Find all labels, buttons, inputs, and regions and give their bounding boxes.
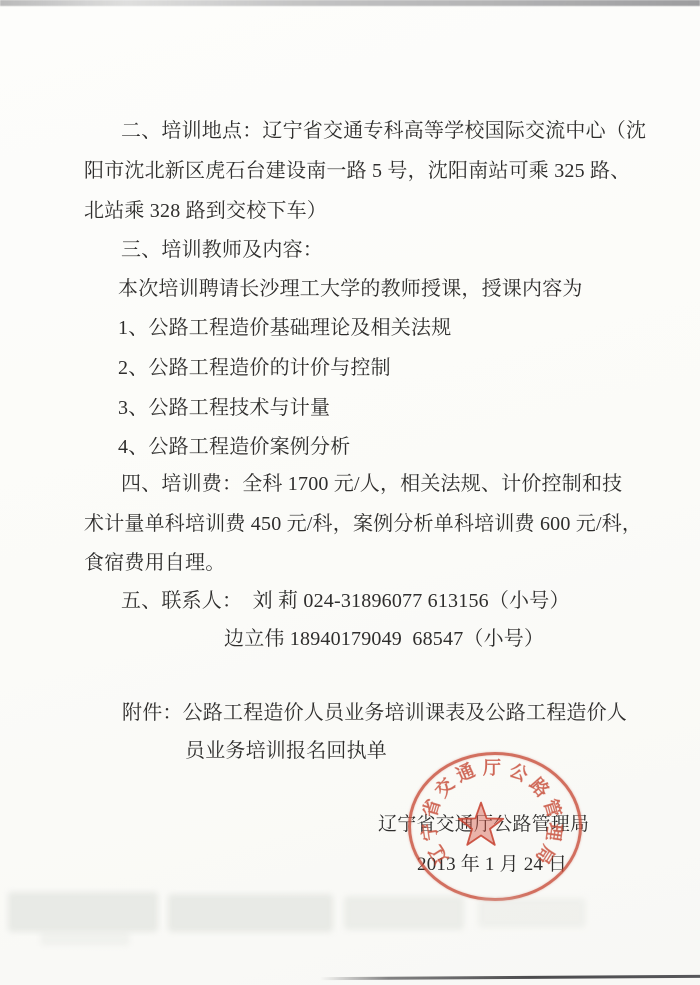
scan-bottom-edge-shadow <box>320 975 700 980</box>
para-location-line1: 二、培训地点：辽宁省交通专科高等学校国际交流中心（沈 <box>121 118 646 144</box>
contact-line-2: 边立伟 18940179049 68547（小号） <box>224 626 544 652</box>
seal-arc-char: 宁 <box>414 821 442 842</box>
course-item-1: 1、公路工程造价基础理论及相关法规 <box>118 315 451 341</box>
seal-arc-char: 理 <box>541 821 569 842</box>
attachment-line-2: 员业务培训报名回执单 <box>185 738 387 764</box>
course-item-2: 2、公路工程造价的计价与控制 <box>118 355 391 381</box>
bleedthrough-artifact <box>40 932 130 946</box>
para-fee-line1: 四、培训费：全科 1700 元/人，相关法规、计价控制和技 <box>121 471 622 497</box>
heading-teachers: 三、培训教师及内容： <box>121 237 323 263</box>
bleedthrough-artifact <box>478 898 586 928</box>
seal-star-icon <box>454 797 508 855</box>
para-fee-line2: 术计量单科培训费 450 元/科，案例分析单科培训费 600 元/科， <box>84 511 642 537</box>
bleedthrough-artifact <box>344 896 464 930</box>
bleedthrough-artifact <box>168 894 333 932</box>
scan-top-edge-shadow <box>0 0 700 6</box>
seal-arc-char: 厅 <box>483 754 501 780</box>
course-item-4: 4、公路工程造价案例分析 <box>118 434 350 460</box>
course-item-3: 3、公路工程技术与计量 <box>118 395 330 421</box>
bleedthrough-artifact <box>8 892 158 932</box>
scanned-document-page: 二、培训地点：辽宁省交通专科高等学校国际交流中心（沈 阳市沈北新区虎石台建设南一… <box>0 0 700 985</box>
para-teachers-intro: 本次培训聘请长沙理工大学的教师授课，授课内容为 <box>118 276 583 302</box>
attachment-line-1: 附件：公路工程造价人员业务培训课表及公路工程造价人 <box>122 700 627 726</box>
para-location-line3: 北站乘 328 路到交校下车） <box>84 198 327 224</box>
para-location-line2: 阳市沈北新区虎石台建设南一路 5 号，沈阳南站可乘 325 路、 <box>84 158 630 184</box>
contact-line-1: 五、联系人： 刘 莉 024-31896077 613156（小号） <box>121 588 570 614</box>
para-fee-line3: 食宿费用自理。 <box>84 550 225 576</box>
